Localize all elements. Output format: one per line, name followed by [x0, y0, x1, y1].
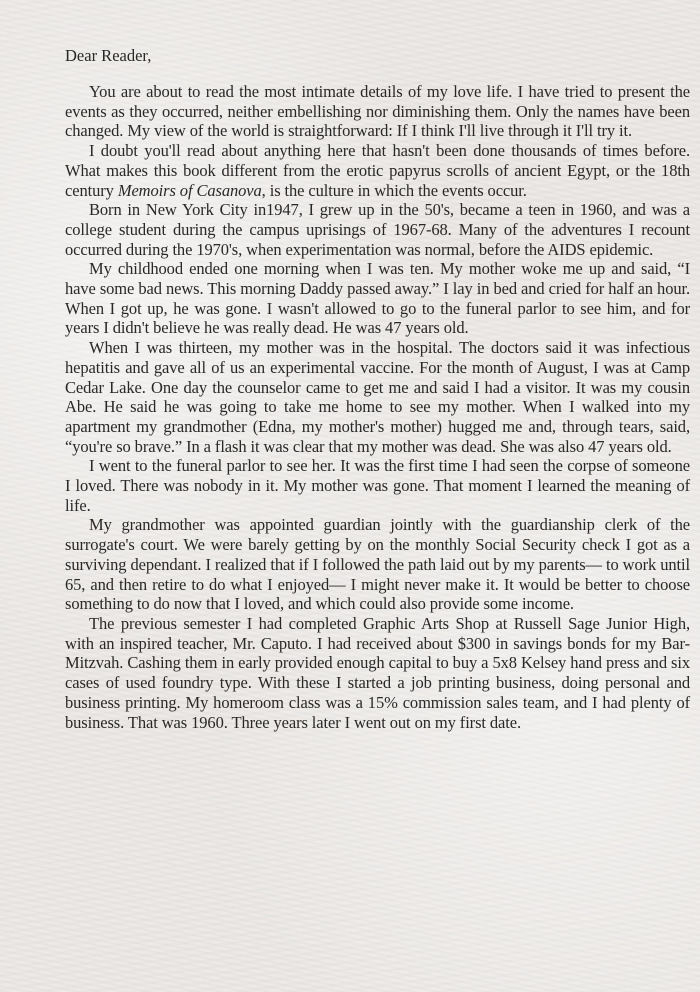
- paragraph-text: , is the culture in which the events occ…: [262, 181, 527, 200]
- paragraph-thirteen: When I was thirteen, my mother was in th…: [65, 338, 690, 456]
- paragraph-funeral: I went to the funeral parlor to see her.…: [65, 456, 690, 515]
- paragraph-childhood: My childhood ended one morning when I wa…: [65, 259, 690, 338]
- paragraph-casanova: I doubt you'll read about anything here …: [65, 141, 690, 200]
- salutation: Dear Reader,: [65, 46, 151, 66]
- letter-body: You are about to read the most intimate …: [65, 82, 690, 732]
- paragraph-intro: You are about to read the most intimate …: [65, 82, 690, 141]
- paragraph-born: Born in New York City in1947, I grew up …: [65, 200, 690, 259]
- book-title: Memoirs of Casanova: [118, 181, 262, 200]
- paragraph-guardian: My grandmother was appointed guardian jo…: [65, 515, 690, 614]
- paragraph-printing: The previous semester I had completed Gr…: [65, 614, 690, 732]
